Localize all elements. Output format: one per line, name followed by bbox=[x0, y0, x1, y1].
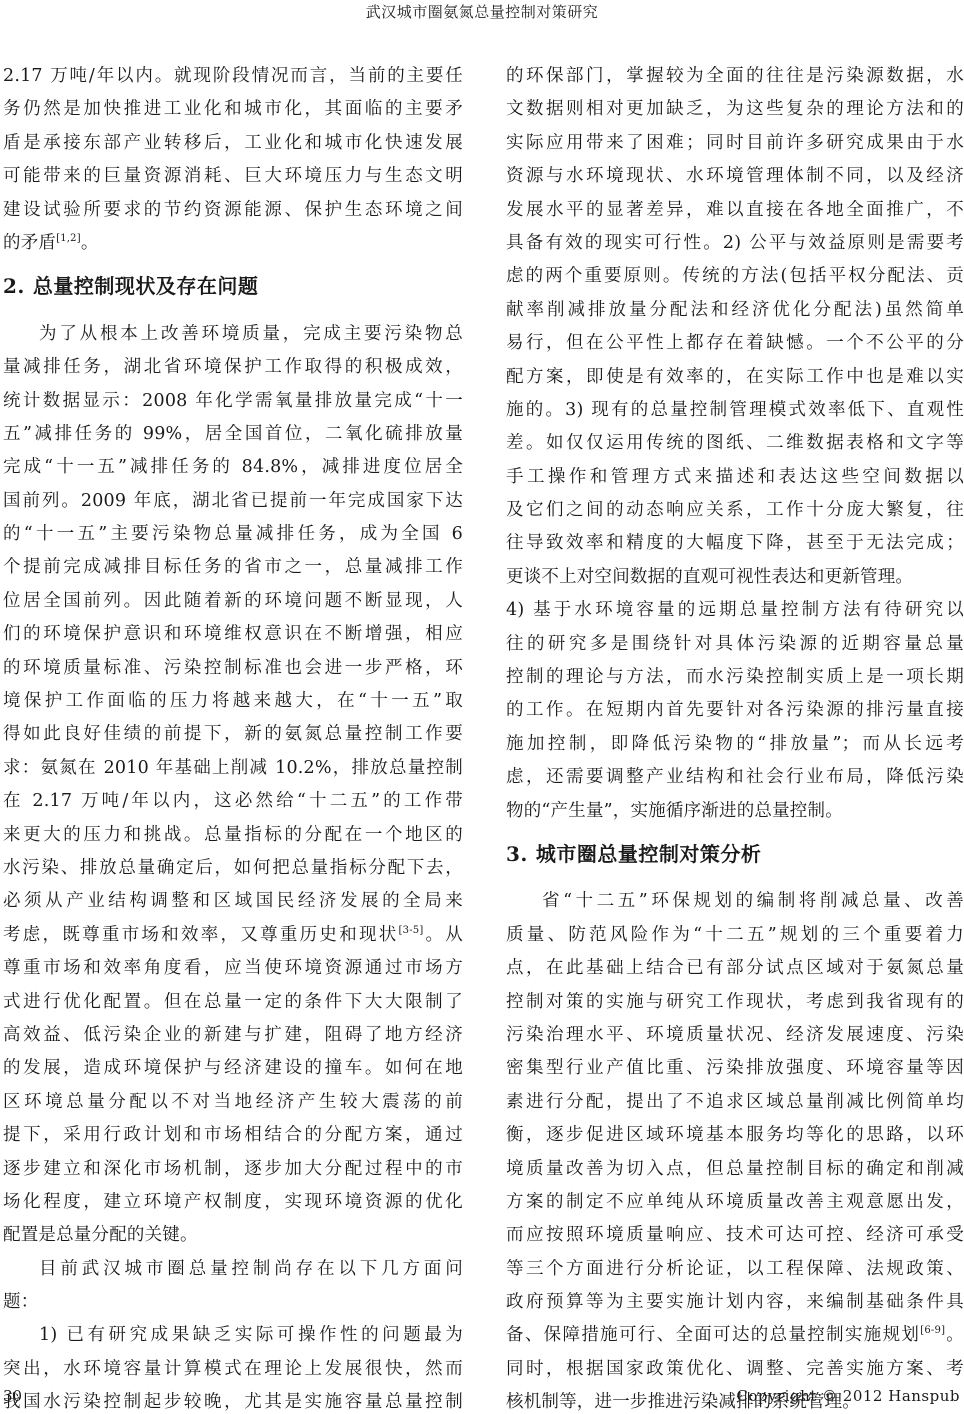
section-number: 3. bbox=[506, 842, 528, 866]
text-line: 备、保障措施可行、全面可达的总量控制实施规划[6-9]。 bbox=[506, 1319, 964, 1352]
text-line: 差。如仅仅运用传统的图纸、二维数据表格和文字等 bbox=[506, 427, 964, 460]
text-span: 。 bbox=[945, 1325, 964, 1345]
paragraph-countermeasures: 省“十二五”环保规划的编制将削减总量、改善 质量、防范风险作为“十二五”规划的三… bbox=[506, 885, 964, 1414]
text-line: 资源与水环境现状、水环境管理体制不同，以及经济 bbox=[506, 160, 964, 193]
text-line: 易行，但在公平性上都存在着缺憾。一个不公平的分 bbox=[506, 327, 964, 360]
section-heading-3: 3.城市圈总量控制对策分析 bbox=[506, 838, 964, 871]
text-line: 物的“产生量”，实施循序渐进的总量控制。 bbox=[506, 795, 964, 828]
text-line: 国前列。2009 年底，湖北省已提前一年完成国家下达 bbox=[3, 485, 463, 518]
text-line: 式进行优化配置。但在总量一定的条件下大大限制了 bbox=[3, 986, 463, 1019]
text-line: 往导致效率和精度的大幅度下降，甚至于无法完成； bbox=[506, 527, 964, 560]
text-line: 在 2.17 万吨/年以内，这必然给“十二五”的工作带 bbox=[3, 785, 463, 818]
text-line: 盾是承接东部产业转移后，工业化和城市化快速发展 bbox=[3, 127, 463, 160]
text-line: 高效益、低污染企业的新建与扩建，阻碍了地方经济 bbox=[3, 1019, 463, 1052]
text-line: 必须从产业结构调整和区域国民经济发展的全局来 bbox=[3, 885, 463, 918]
text-line: 建设试验所要求的节约资源能源、保护生态环境之间 bbox=[3, 194, 463, 227]
text-line: 境质量改善为切入点，但总量控制目标的确定和削减 bbox=[506, 1153, 964, 1186]
text-line: 方案的制定不应单纯从环境质量改善主观意愿出发， bbox=[506, 1186, 964, 1219]
text-line: 往的研究多是围绕针对具体污染源的近期容量总量 bbox=[506, 628, 964, 661]
text-line: 我国水污染控制起步较晚，尤其是实施容量总量控制 bbox=[3, 1386, 463, 1414]
text-line: 题： bbox=[3, 1286, 463, 1319]
text-line: 水污染、排放总量确定后，如何把总量指标分配下去， bbox=[3, 852, 463, 885]
text-line: 境保护工作面临的压力将越来越大，在“十一五”取 bbox=[3, 685, 463, 718]
text-span: 的矛盾 bbox=[3, 233, 56, 253]
text-line: 们的环境保护意识和环境维权意识在不断增强，相应 bbox=[3, 618, 463, 651]
text-line: 提下，采用行政计划和市场相结合的分配方案，通过 bbox=[3, 1119, 463, 1152]
text-line: 4) 基于水环境容量的远期总量控制方法有待研究以 bbox=[506, 594, 964, 627]
running-header: 武汉城市圈氨氮总量控制对策研究 bbox=[0, 2, 964, 22]
text-line: 施加控制，即降低污染物的“排放量”；而从长远考 bbox=[506, 728, 964, 761]
page-number: 30 bbox=[3, 1386, 22, 1406]
section-heading-2: 2.总量控制现状及存在问题 bbox=[3, 270, 463, 303]
text-line: 个提前完成减排目标任务的省市之一，总量减排工作 bbox=[3, 551, 463, 584]
text-line: 密集型行业产值比重、污染排放强度、环境容量等因 bbox=[506, 1052, 964, 1085]
text-line: 尊重市场和效率角度看，应当使环境资源通过市场方 bbox=[3, 952, 463, 985]
paragraph-problem-list: 1) 已有研究成果缺乏实际可操作性的问题最为 突出，水环境容量计算模式在理论上发… bbox=[3, 1319, 463, 1414]
text-line: 务仍然是加快推进工业化和城市化，其面临的主要矛 bbox=[3, 93, 463, 126]
paragraph-problem-4: 4) 基于水环境容量的远期总量控制方法有待研究以 往的研究多是围绕针对具体污染源… bbox=[506, 594, 964, 828]
text-line: 控制对策的实施与研究工作现状，考虑到我省现有的 bbox=[506, 986, 964, 1019]
text-line: 得如此良好佳绩的前提下，新的氨氮总量控制工作要 bbox=[3, 718, 463, 751]
text-line: 突出，水环境容量计算模式在理论上发展很快，然而 bbox=[3, 1353, 463, 1386]
text-line: 省“十二五”环保规划的编制将削减总量、改善 bbox=[506, 885, 964, 918]
text-line: 具备有效的现实可行性。2) 公平与效益原则是需要考 bbox=[506, 227, 964, 260]
text-line: 衡，逐步促进区域环境基本服务均等化的思路，以环 bbox=[506, 1119, 964, 1152]
text-line: 考虑，既尊重市场和效率，又尊重历史和现状[3-5]。从 bbox=[3, 919, 463, 952]
text-line: 2.17 万吨/年以内。就现阶段情况而言，当前的主要任 bbox=[3, 60, 463, 93]
text-line: 完成“十一五”减排任务的 84.8%，减排进度位居全 bbox=[3, 451, 463, 484]
text-line: 区环境总量分配以不对当地经济产生较大震荡的前 bbox=[3, 1086, 463, 1119]
text-line: 而应按照环境质量响应、技术可达可控、经济可承受 bbox=[506, 1219, 964, 1252]
copyright-notice: Copyright © 2012 Hanspub bbox=[736, 1386, 960, 1406]
text-line: 统计数据显示：2008 年化学需氧量排放量完成“十一 bbox=[3, 385, 463, 418]
text-line: 政府预算等为主要实施计划内容，来编制基础条件具 bbox=[506, 1286, 964, 1319]
text-line: 为了从根本上改善环境质量，完成主要污染物总 bbox=[3, 318, 463, 351]
running-title: 武汉城市圈氨氮总量控制对策研究 bbox=[366, 3, 599, 21]
paragraph-achievements: 为了从根本上改善环境质量，完成主要污染物总 量减排任务，湖北省环境保护工作取得的… bbox=[3, 318, 463, 1253]
text-line: 求：氨氮在 2010 年基础上削减 10.2%，排放总量控制 bbox=[3, 752, 463, 785]
text-line: 来更大的压力和挑战。总量指标的分配在一个地区的 bbox=[3, 819, 463, 852]
text-line: 施的。3) 现有的总量控制管理模式效率低下、直观性 bbox=[506, 394, 964, 427]
right-column: 的环保部门，掌握较为全面的往往是污染源数据，水 文数据则相对更加缺乏，为这些复杂… bbox=[506, 60, 964, 1414]
text-line: 发展水平的显著差异，难以直接在各地全面推广，不 bbox=[506, 194, 964, 227]
text-line: 位居全国前列。因此随着新的环境问题不断显现，人 bbox=[3, 585, 463, 618]
text-line: 更谈不上对空间数据的直观可视性表达和更新管理。 bbox=[506, 561, 964, 594]
text-line: 的环境质量标准、污染控制标准也会进一步严格，环 bbox=[3, 652, 463, 685]
text-span: 。从 bbox=[423, 925, 463, 945]
text-line: 同时，根据国家政策优化、调整、完善实施方案、考 bbox=[506, 1353, 964, 1386]
text-line: 实际应用带来了困难；同时目前许多研究成果由于水 bbox=[506, 127, 964, 160]
text-line: 及它们之间的动态响应关系，工作十分庞大繁复，往 bbox=[506, 494, 964, 527]
intro-paragraph: 2.17 万吨/年以内。就现阶段情况而言，当前的主要任 务仍然是加快推进工业化和… bbox=[3, 60, 463, 260]
paragraph-problems-intro: 目前武汉城市圈总量控制尚存在以下几方面问 题： bbox=[3, 1253, 463, 1320]
text-line: 配置是总量分配的关键。 bbox=[3, 1219, 463, 1252]
text-line: 1) 已有研究成果缺乏实际可操作性的问题最为 bbox=[3, 1319, 463, 1352]
citation-link[interactable]: [3-5] bbox=[399, 925, 424, 936]
text-line: 虑的两个重要原则。传统的方法(包括平权分配法、贡 bbox=[506, 260, 964, 293]
text-line: 等三个方面进行分析论证，以工程保障、法规政策、 bbox=[506, 1253, 964, 1286]
text-line: 的工作。在短期内首先要针对各污染源的排污量直接 bbox=[506, 694, 964, 727]
text-span: 考虑，既尊重市场和效率，又尊重历史和现状 bbox=[3, 925, 399, 945]
text-span: 。 bbox=[81, 233, 99, 253]
text-line: 的环保部门，掌握较为全面的往往是污染源数据，水 bbox=[506, 60, 964, 93]
text-line: 文数据则相对更加缺乏，为这些复杂的理论方法和的 bbox=[506, 93, 964, 126]
text-line: 逐步建立和深化市场机制，逐步加大分配过程中的市 bbox=[3, 1153, 463, 1186]
text-line: 配方案，即使是有效率的，在实际工作中也是难以实 bbox=[506, 361, 964, 394]
citation-link[interactable]: [6-9] bbox=[920, 1325, 945, 1336]
text-line: 的矛盾[1,2]。 bbox=[3, 227, 463, 260]
text-line: 质量、防范风险作为“十二五”规划的三个重要着力 bbox=[506, 919, 964, 952]
text-line: 控制的理论与方法，而水污染控制实质上是一项长期 bbox=[506, 661, 964, 694]
text-line: 五”减排任务的 99%，居全国首位，二氧化硫排放量 bbox=[3, 418, 463, 451]
section-number: 2. bbox=[3, 274, 25, 298]
text-line: 可能带来的巨量资源消耗、巨大环境压力与生态文明 bbox=[3, 160, 463, 193]
text-line: 目前武汉城市圈总量控制尚存在以下几方面问 bbox=[3, 1253, 463, 1286]
text-line: 手工操作和管理方式来描述和表达这些空间数据以 bbox=[506, 461, 964, 494]
text-line: 的发展，造成环境保护与经济建设的撞车。如何在地 bbox=[3, 1052, 463, 1085]
text-line: 献率削减排放量分配法和经济优化分配法)虽然简单 bbox=[506, 294, 964, 327]
text-line: 虑，还需要调整产业结构和社会行业布局，降低污染 bbox=[506, 761, 964, 794]
text-line: 量减排任务，湖北省环境保护工作取得的积极成效， bbox=[3, 351, 463, 384]
section-title: 城市圈总量控制对策分析 bbox=[536, 842, 762, 866]
text-line: 点，在此基础上结合已有部分试点区域对于氨氮总量 bbox=[506, 952, 964, 985]
paragraph-problem-list-continued: 的环保部门，掌握较为全面的往往是污染源数据，水 文数据则相对更加缺乏，为这些复杂… bbox=[506, 60, 964, 594]
text-line: 的“十一五”主要污染物总量减排任务，成为全国 6 bbox=[3, 518, 463, 551]
left-column: 2.17 万吨/年以内。就现阶段情况而言，当前的主要任 务仍然是加快推进工业化和… bbox=[3, 60, 463, 1414]
text-line: 污染治理水平、环境质量状况、经济发展速度、污染 bbox=[506, 1019, 964, 1052]
citation-link[interactable]: [1,2] bbox=[56, 233, 81, 244]
text-span: 备、保障措施可行、全面可达的总量控制实施规划 bbox=[506, 1325, 920, 1345]
text-line: 素进行分配，提出了不追求区域总量削减比例简单均 bbox=[506, 1086, 964, 1119]
text-line: 场化程度，建立环境产权制度，实现环境资源的优化 bbox=[3, 1186, 463, 1219]
section-title: 总量控制现状及存在问题 bbox=[33, 274, 259, 298]
